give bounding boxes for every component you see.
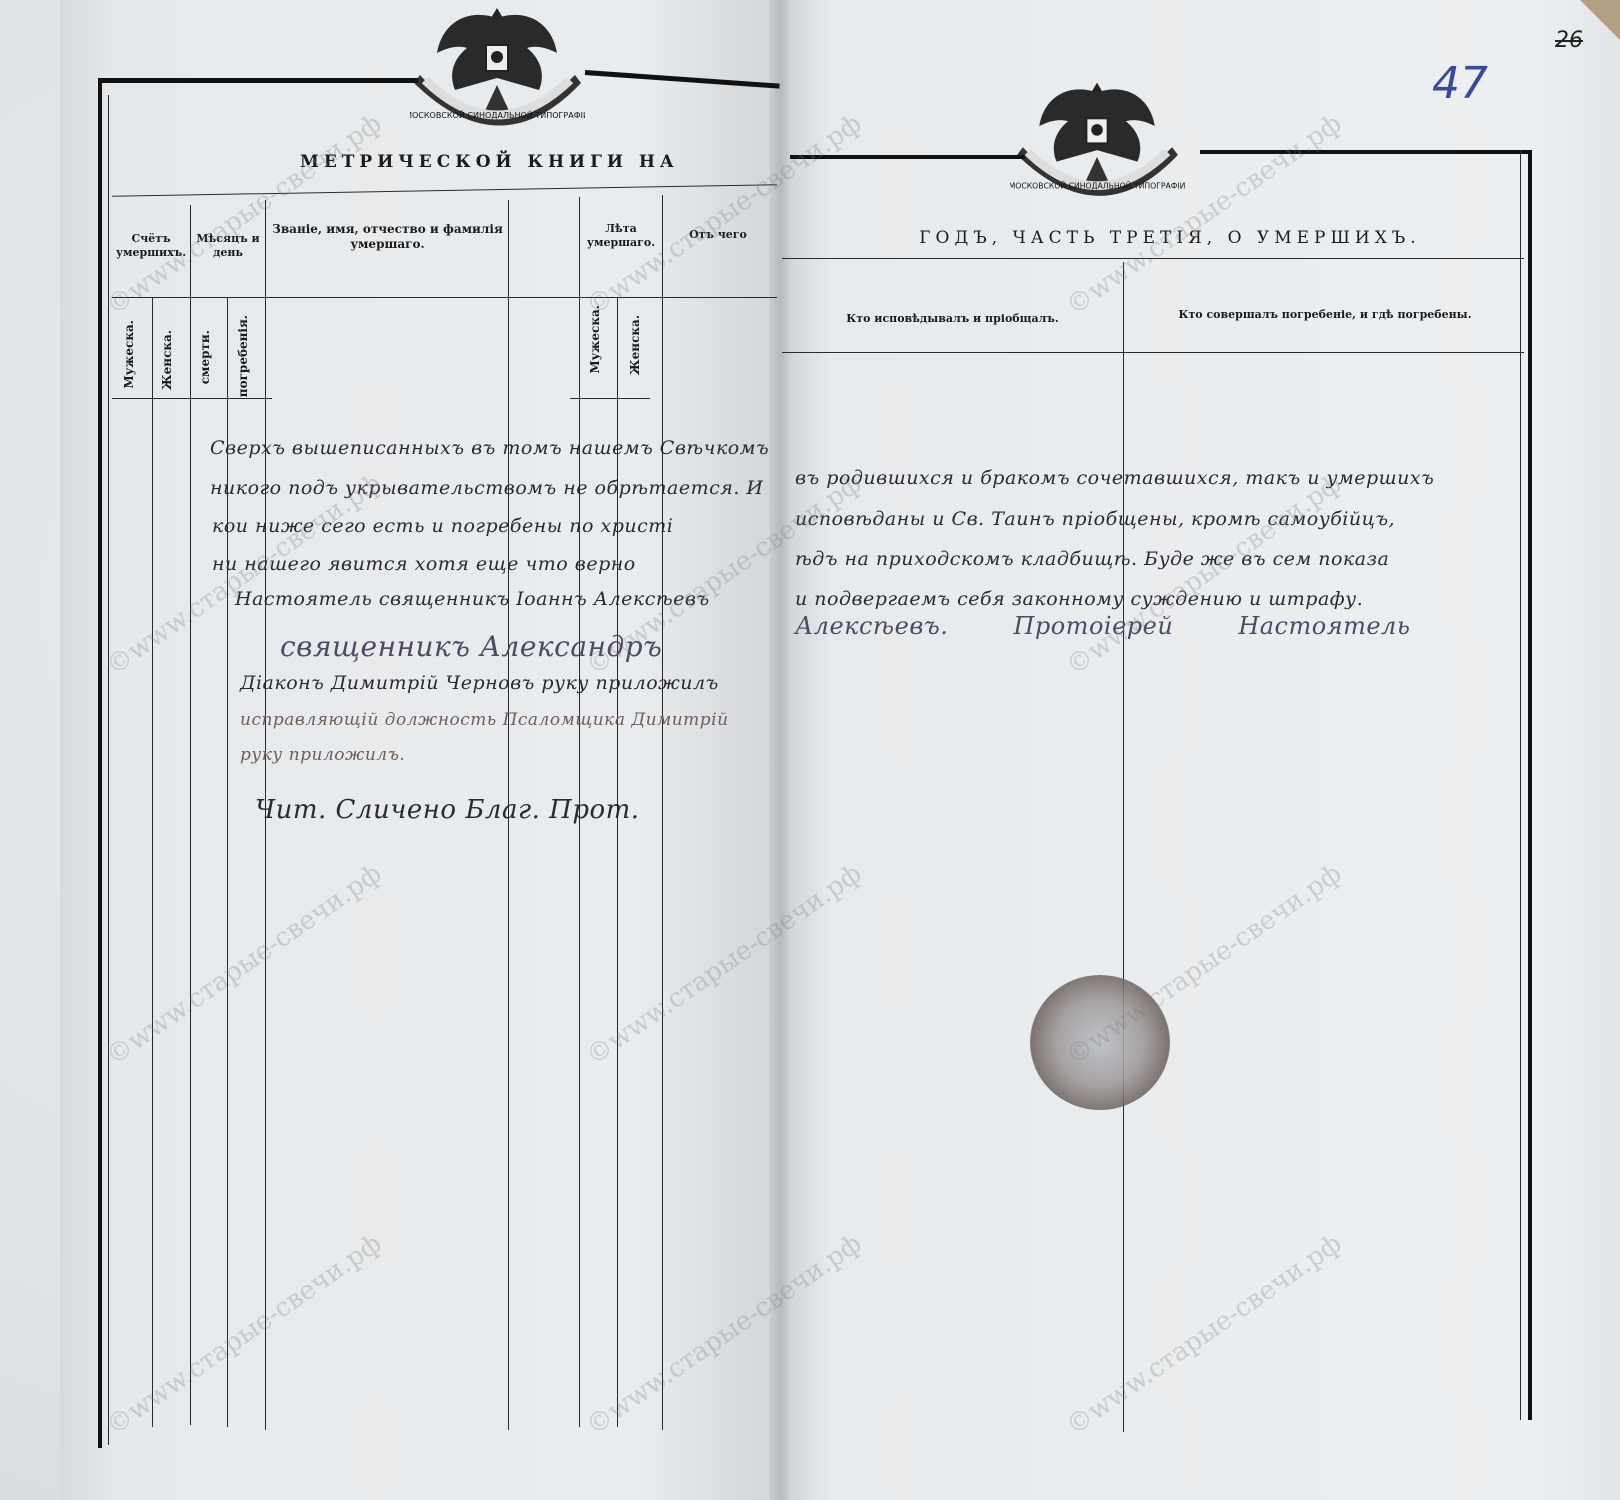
left-frame-top	[98, 78, 418, 83]
col-header-confession: Кто исповѣдывалъ и пріобщалъ.	[785, 312, 1120, 326]
sub-header-burial: погребенія.	[236, 315, 251, 397]
right-frame-top-2	[1200, 150, 1530, 154]
sub-header-male: Мужеска.	[122, 320, 137, 389]
svg-text:МОСКОВСКОЙ СИНОДАЛЬНОЙ ТИПОГРА: МОСКОВСКОЙ СИНОДАЛЬНОЙ ТИПОГРАФІИ	[1010, 182, 1185, 191]
handwritten-line: и подвергаемъ себя законному суждению и …	[795, 588, 1363, 610]
sub-header-female: Женска.	[160, 330, 175, 390]
col-divider	[227, 297, 228, 1427]
old-folio-number: 26	[1555, 28, 1583, 53]
handwritten-signature: руку приложилъ.	[240, 745, 405, 765]
col-divider	[190, 205, 191, 1425]
right-col-divider	[1123, 262, 1124, 1432]
col-divider	[152, 297, 153, 1427]
col-divider	[617, 297, 618, 1427]
left-subheader-rule	[112, 297, 777, 298]
handwritten-line: Настоятель священникъ Іоаннъ Алексѣевъ	[235, 588, 710, 610]
imperial-eagle-emblem-left: МОСКОВСКОЙ СИНОДАЛЬНОЙ ТИПОГРАФІИ	[410, 0, 585, 135]
handwritten-line: ѣдъ на приходскомъ кладбищѣ. Буде же въ …	[795, 548, 1389, 570]
right-subheader-rule	[782, 352, 1524, 353]
handwritten-signature: исправляющій должность Псаломщика Димитр…	[240, 710, 729, 730]
left-body-rule	[112, 398, 272, 399]
col-header-burial-by: Кто совершалъ погребеніе, и гдѣ погребен…	[1130, 308, 1520, 322]
left-body-rule-2	[570, 398, 650, 399]
folio-number: 47	[1432, 58, 1488, 109]
col-header-name: Званіе, имя, отчество и фамилія умершаго…	[270, 222, 505, 252]
sub-header-age-female: Женска.	[628, 315, 643, 375]
svg-text:МОСКОВСКОЙ СИНОДАЛЬНОЙ ТИПОГРА: МОСКОВСКОЙ СИНОДАЛЬНОЙ ТИПОГРАФІИ	[410, 109, 585, 120]
right-frame-right	[1528, 150, 1532, 1420]
handwritten-note: Чит. Сличено Благ. Прот.	[255, 795, 640, 825]
page-corner	[1580, 0, 1620, 40]
left-frame-left	[98, 78, 102, 1448]
col-divider	[662, 195, 663, 1430]
right-frame-inner	[1520, 150, 1521, 1420]
handwritten-line: никого подъ укрывательствомъ не обрѣтает…	[210, 477, 763, 499]
imperial-eagle-emblem-right: МОСКОВСКОЙ СИНОДАЛЬНОЙ ТИПОГРАФІИ	[1010, 75, 1185, 205]
handwritten-signature: Діаконъ Димитрій Черновъ руку приложилъ	[240, 672, 719, 694]
scanned-document: МОСКОВСКОЙ СИНОДАЛЬНОЙ ТИПОГРАФІИ МОСКОВ…	[0, 0, 1620, 1500]
col-header-age: Лѣта умершаго.	[582, 222, 660, 250]
sub-header-death: смерти.	[198, 330, 213, 384]
handwritten-line: Сверхъ вышеписанныхъ въ томъ нашемъ Свѣч…	[210, 437, 769, 459]
left-page-title: МЕТРИЧЕСКОЙ КНИГИ НА	[300, 152, 679, 173]
